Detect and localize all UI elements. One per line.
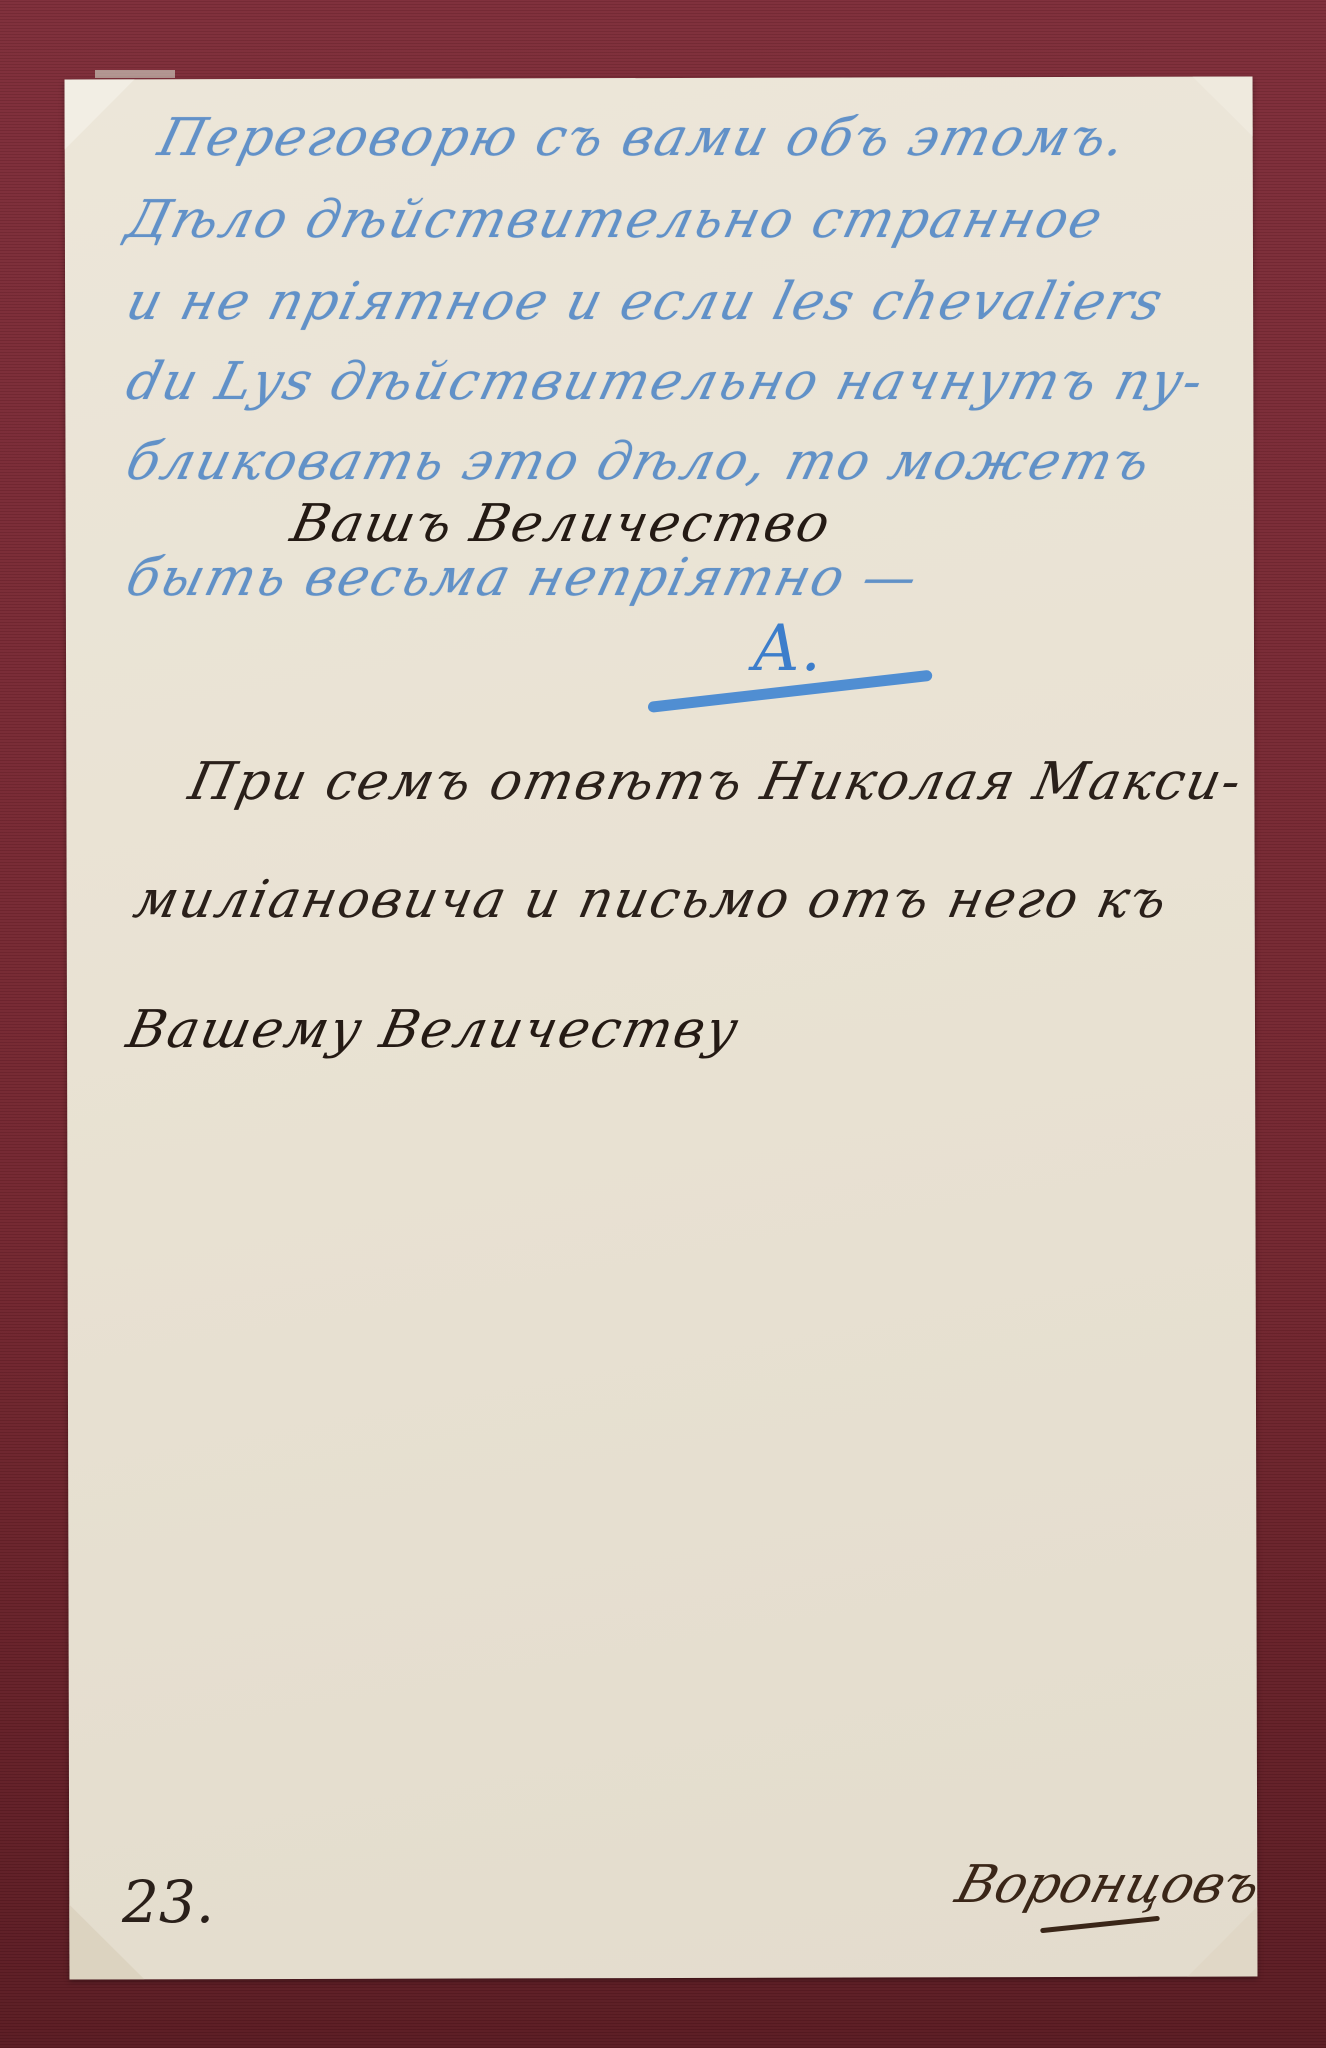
blue-annotation-line-2: Дѣло дѣйствительно странное	[121, 190, 1110, 250]
letter-body-line-2: миліановича и письмо отъ него къ	[129, 870, 1174, 930]
letter-body-line-1: При семъ отвѣтъ Николая Макси-	[184, 752, 1249, 812]
blue-annotation-line-3: и не пріятное и если les chevaliers	[121, 272, 1171, 332]
monogram-initial: А.	[752, 612, 821, 686]
blue-annotation-line-5: бликовать это дѣло, то можетъ	[121, 432, 1158, 492]
salutation: Вашъ Величество	[286, 494, 837, 554]
paper-tab-edge	[95, 70, 175, 78]
blue-annotation-line-1: Переговорю съ вами объ этомъ.	[153, 108, 1134, 168]
corner-mount-bottom-right	[1187, 1906, 1257, 1976]
corner-mount-top-right	[1193, 76, 1253, 136]
signature: Воронцовъ	[949, 1855, 1267, 1915]
blue-annotation-line-4: du Lys дѣйствительно начнутъ пу-	[121, 352, 1211, 412]
page-number: 23.	[122, 1868, 214, 1936]
blue-annotation-line-6: быть весьма непріятно —	[121, 548, 926, 608]
letter-body-line-3: Вашему Величеству	[122, 1000, 745, 1060]
corner-mount-top-left	[65, 79, 135, 149]
